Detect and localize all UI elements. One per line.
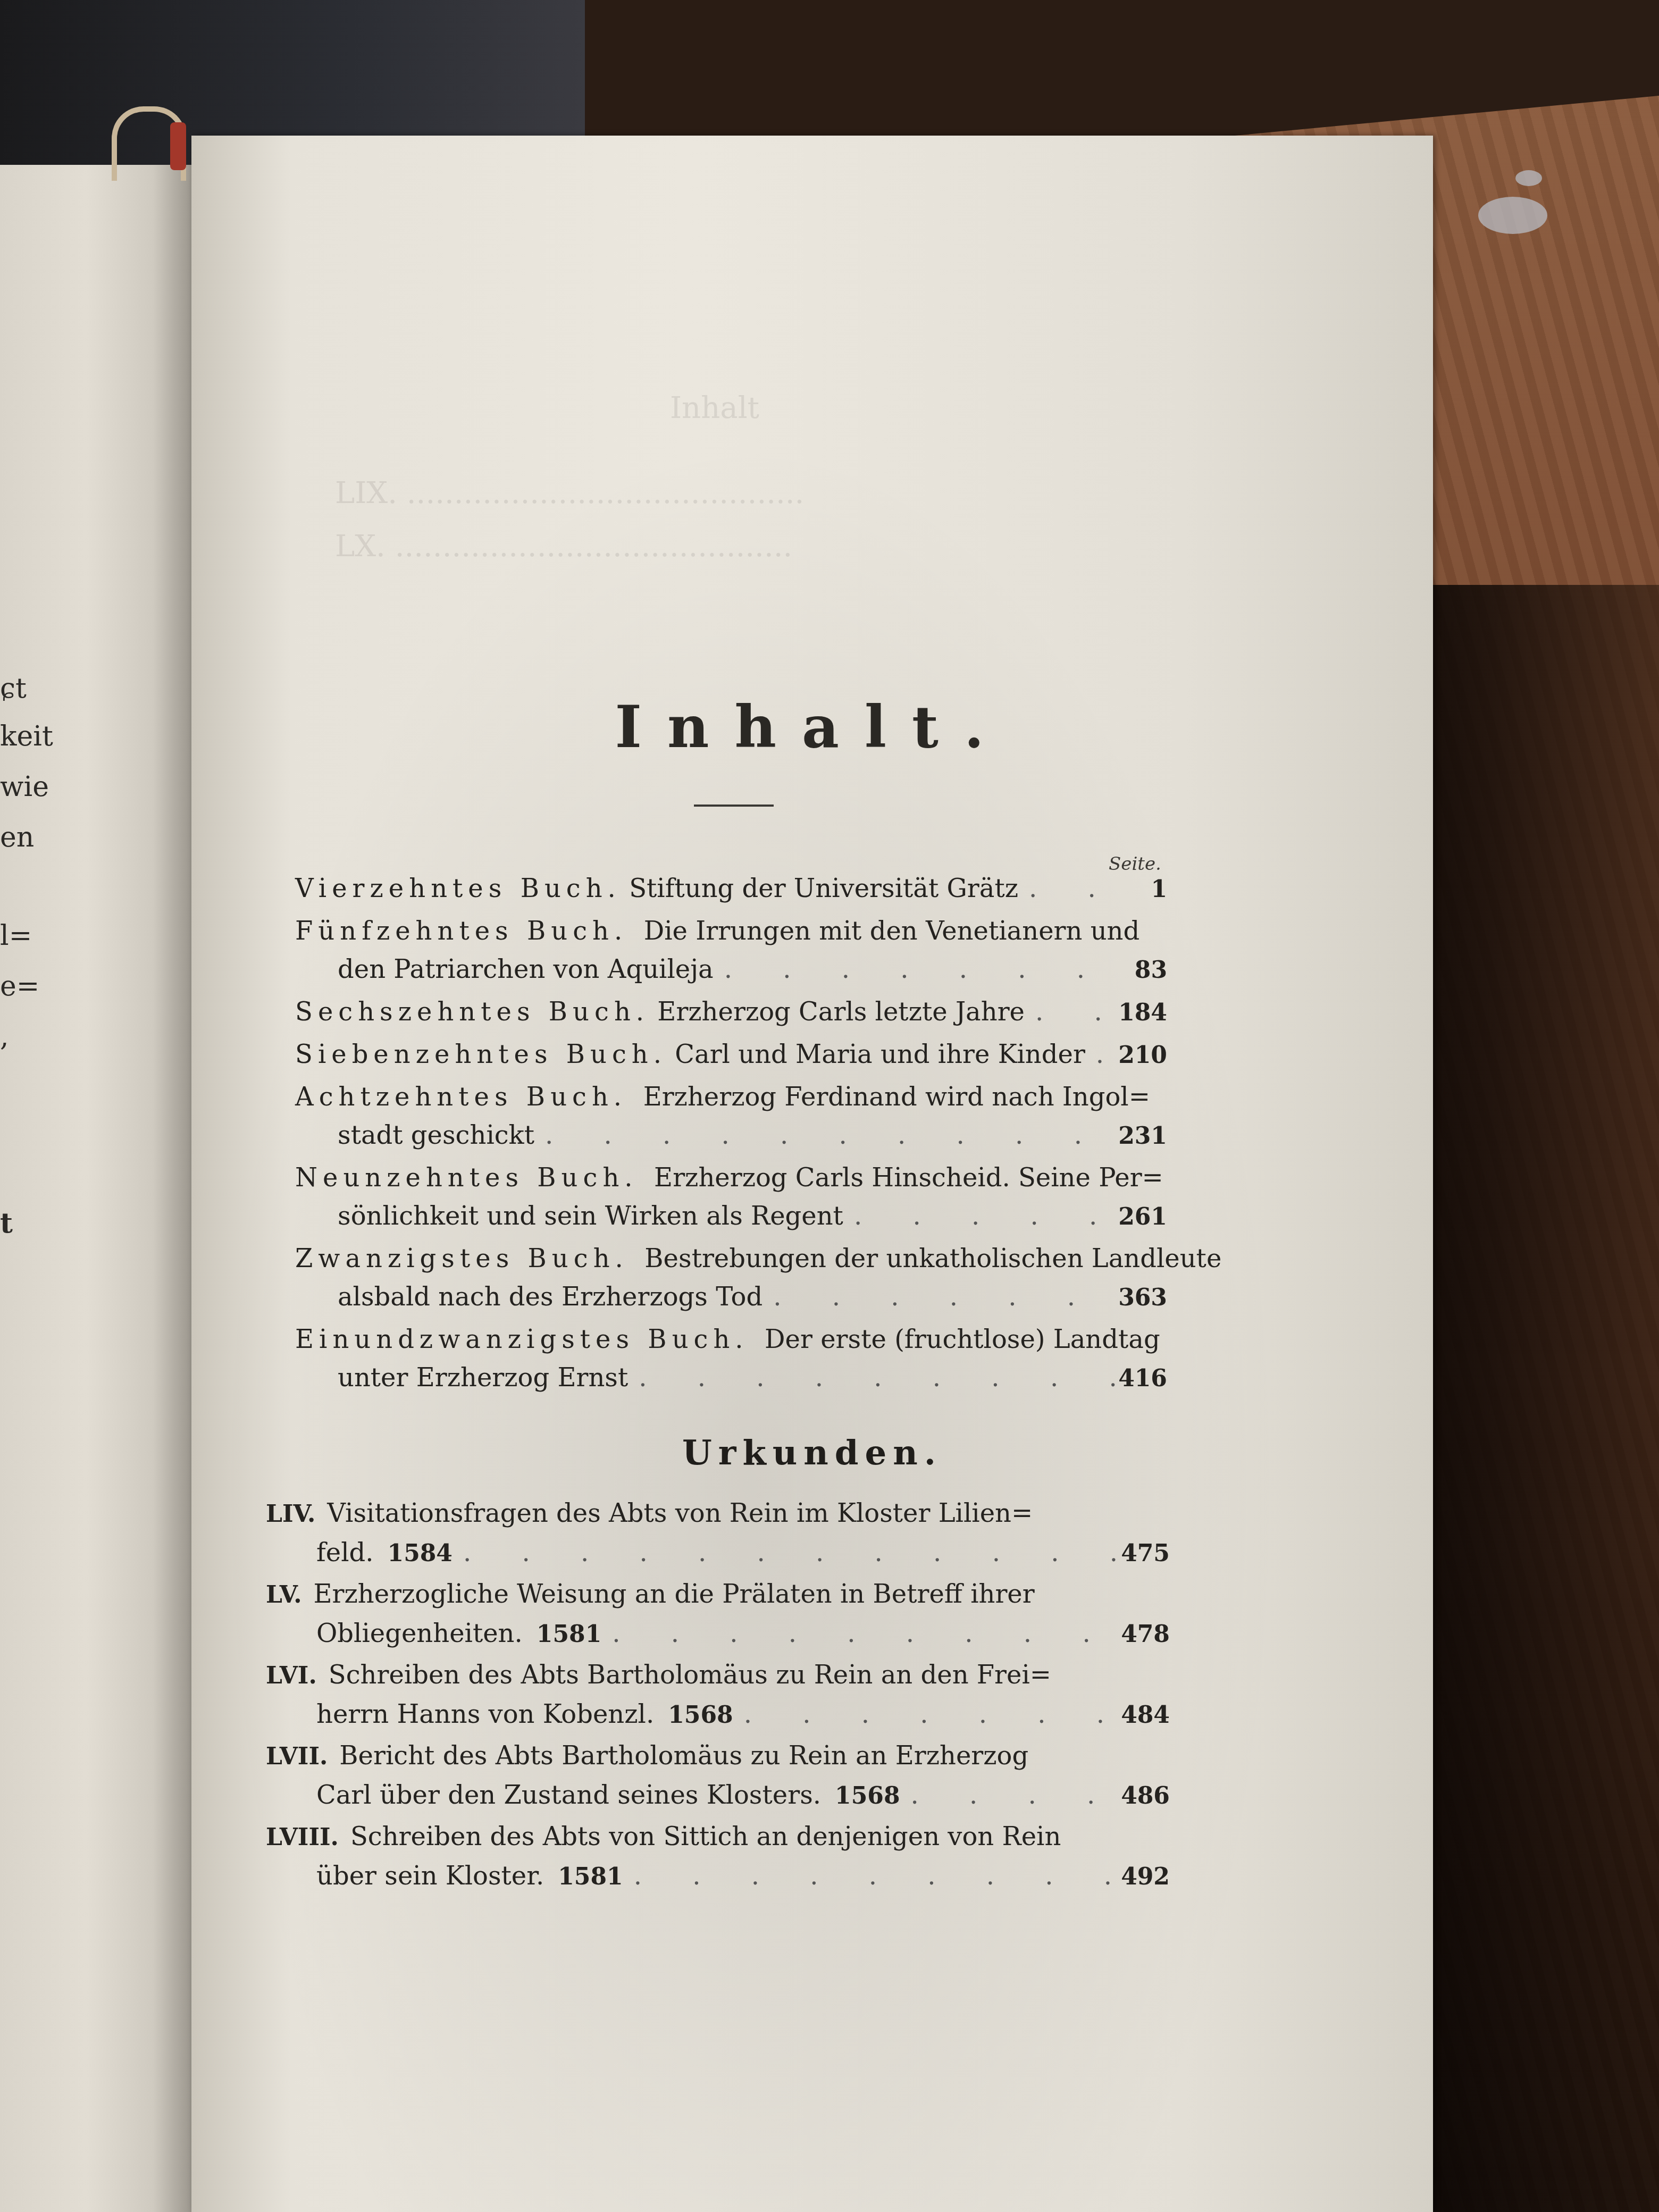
document-list: LIV.Visitationsfragen des Abts von Rein … [266, 1494, 1170, 1898]
leader-dots: . . . . . . . . . . . . . . . . . . . . … [628, 1359, 1118, 1397]
page-title: Inhalt. [191, 694, 1433, 761]
page-number: 83 [1119, 951, 1167, 990]
left-page-fragment: ɕt [0, 673, 27, 705]
document-title-continuation: feld. [316, 1534, 374, 1572]
page-number: 1 [1119, 870, 1167, 909]
book-label: Neunzehntes Buch. [295, 1163, 638, 1193]
book-label: Achtzehntes Buch. [295, 1082, 627, 1112]
document-numeral: LVI. [266, 1662, 317, 1689]
document-entry: LVI.Schreiben des Abts Bartholomäus zu R… [266, 1656, 1170, 1735]
book-label: Vierzehntes Buch. [295, 869, 621, 908]
leader-dots: . . . . . . . . . . . . . . . . . . . . … [843, 1197, 1118, 1235]
leader-dots: . . . . . . . . . . . . . . . . . . . . … [900, 1776, 1121, 1814]
book-label: Fünfzehntes Buch. [295, 916, 627, 946]
book-list: Vierzehntes Buch. Stiftung der Universit… [295, 869, 1167, 1401]
book-title: Erzherzog Ferdinand wird nach Ingol= [643, 1082, 1150, 1112]
document-numeral: LV. [266, 1581, 301, 1608]
bookmark-ribbon [170, 122, 186, 170]
leader-dots: . . . . . . . . . . . . . . . . . . . . … [601, 1614, 1121, 1653]
book-title-continuation: alsbald nach des Erzherzogs Tod [338, 1278, 763, 1316]
leader-dots: . . . . . . . . . . . . . . . . . . . . … [714, 950, 1119, 988]
document-title: Bericht des Abts Bartholomäus zu Rein an… [339, 1741, 1028, 1771]
document-entry: LIV.Visitationsfragen des Abts von Rein … [266, 1494, 1170, 1573]
document-title-continuation: herrn Hanns von Kobenzl. [316, 1695, 654, 1733]
show-through-text: LIX. ...................................… [335, 476, 804, 510]
wood-stain [1478, 197, 1547, 234]
page-number: 484 [1121, 1696, 1170, 1735]
document-numeral: LIV. [266, 1501, 315, 1528]
document-year: 1581 [537, 1615, 601, 1654]
document-title: Visitationsfragen des Abts von Rein im K… [327, 1498, 1033, 1528]
title-rule [694, 805, 774, 807]
leader-dots: . . . . . . . . . . . . . . . . . . . . … [453, 1534, 1121, 1572]
book-title: Bestrebungen der unkatholischen Landleut… [644, 1244, 1221, 1273]
page-number: 486 [1121, 1777, 1170, 1815]
documents-heading: Urkunden. [191, 1433, 1433, 1473]
document-year: 1568 [835, 1777, 900, 1815]
toc-entry: Siebenzehntes Buch. Carl und Maria und i… [295, 1035, 1167, 1075]
book-label: Siebenzehntes Buch. [295, 1035, 667, 1074]
book-title: Erzherzog Carls Hinscheid. Seine Per= [654, 1163, 1163, 1193]
show-through-text: Inhalt [670, 391, 759, 425]
book-title-continuation: sönlichkeit und sein Wirken als Regent [338, 1197, 843, 1235]
page-number: 475 [1121, 1535, 1170, 1573]
leader-dots: . . . . . . . . . . . . . . . . . . . . … [763, 1278, 1118, 1316]
book-title: Die Irrungen mit den Venetianern und [644, 916, 1139, 946]
contents-page: Inhalt LIX. ............................… [191, 136, 1433, 2212]
book-title-continuation: den Patriarchen von Aquileja [338, 950, 714, 988]
book-title-continuation: unter Erzherzog Ernst [338, 1359, 628, 1397]
book-label: Einundzwanzigstes Buch. [295, 1325, 749, 1354]
page-number: 478 [1121, 1615, 1170, 1654]
left-page-fragment: l= [0, 920, 32, 952]
left-page: ɕt keit wie en l= e= , t [0, 165, 191, 2212]
page-number: 231 [1118, 1117, 1167, 1155]
document-title: Erzherzogliche Weisung an die Prälaten i… [313, 1579, 1034, 1609]
document-entry: LV.Erzherzogliche Weisung an die Prälate… [266, 1575, 1170, 1654]
leader-dots: . . . . . . . . . . . . . . . . . . . . … [1025, 993, 1118, 1031]
toc-entry: Einundzwanzigstes Buch. Der erste (fruch… [295, 1320, 1167, 1398]
document-entry: LVII.Bericht des Abts Bartholomäus zu Re… [266, 1737, 1170, 1815]
document-title-continuation: Obliegenheiten. [316, 1614, 523, 1653]
leader-dots: . . . . . . . . . . . . . . . . . . . . … [1018, 869, 1119, 908]
show-through-text: LX. ....................................… [335, 529, 792, 564]
toc-entry: Zwanzigstes Buch. Bestrebungen der unkat… [295, 1239, 1167, 1317]
document-numeral: LVIII. [266, 1824, 339, 1851]
left-page-fragment: t [0, 1207, 13, 1239]
document-numeral: LVII. [266, 1743, 328, 1770]
page-number: 492 [1121, 1858, 1170, 1896]
document-year: 1584 [388, 1535, 453, 1573]
document-title: Schreiben des Abts Bartholomäus zu Rein … [329, 1660, 1051, 1690]
page-number: 261 [1118, 1198, 1167, 1236]
toc-entry: Achtzehntes Buch. Erzherzog Ferdinand wi… [295, 1078, 1167, 1155]
leader-dots: . . . . . . . . . . . . . . . . . . . . … [534, 1116, 1118, 1154]
document-entry: LVIII.Schreiben des Abts von Sittich an … [266, 1817, 1170, 1896]
left-page-fragment: keit [0, 720, 53, 752]
book-label: Zwanzigstes Buch. [295, 1244, 629, 1273]
wood-stain [1515, 170, 1542, 186]
leader-dots: . . . . . . . . . . . . . . . . . . . . … [623, 1857, 1121, 1895]
page-number: 363 [1118, 1279, 1167, 1317]
left-page-fragment: en [0, 822, 34, 853]
page-number: 416 [1118, 1360, 1167, 1398]
toc-entry: Vierzehntes Buch. Stiftung der Universit… [295, 869, 1167, 909]
page-number: 184 [1118, 994, 1167, 1032]
book-label: Sechszehntes Buch. [295, 993, 649, 1031]
document-title: Schreiben des Abts von Sittich an denjen… [350, 1822, 1061, 1851]
left-page-fragment: e= [0, 970, 39, 1002]
leader-dots: . . . . . . . . . . . . . . . . . . . . … [733, 1695, 1121, 1733]
left-page-fragment: wie [0, 771, 49, 803]
toc-entry: Fünfzehntes Buch. Die Irrungen mit den V… [295, 912, 1167, 990]
document-title-continuation: Carl über den Zustand seines Klosters. [316, 1776, 821, 1814]
book-title: Stiftung der Universität Grätz [629, 869, 1018, 908]
document-year: 1581 [558, 1858, 623, 1896]
document-year: 1568 [668, 1696, 733, 1735]
leader-dots: . . . . . . . . . . . . . . . . . . . . … [1085, 1035, 1118, 1074]
toc-entry: Sechszehntes Buch. Erzherzog Carls letzt… [295, 993, 1167, 1032]
document-title-continuation: über sein Kloster. [316, 1857, 544, 1895]
book-title: Carl und Maria und ihre Kinder [675, 1035, 1085, 1074]
book-title-continuation: stadt geschickt [338, 1116, 534, 1154]
toc-entry: Neunzehntes Buch. Erzherzog Carls Hinsch… [295, 1159, 1167, 1236]
page-number: 210 [1118, 1036, 1167, 1075]
book-title: Der erste (fruchtlose) Landtag [765, 1325, 1160, 1354]
book-title: Erzherzog Carls letzte Jahre [657, 993, 1025, 1031]
left-page-fragment: , [0, 1021, 9, 1053]
